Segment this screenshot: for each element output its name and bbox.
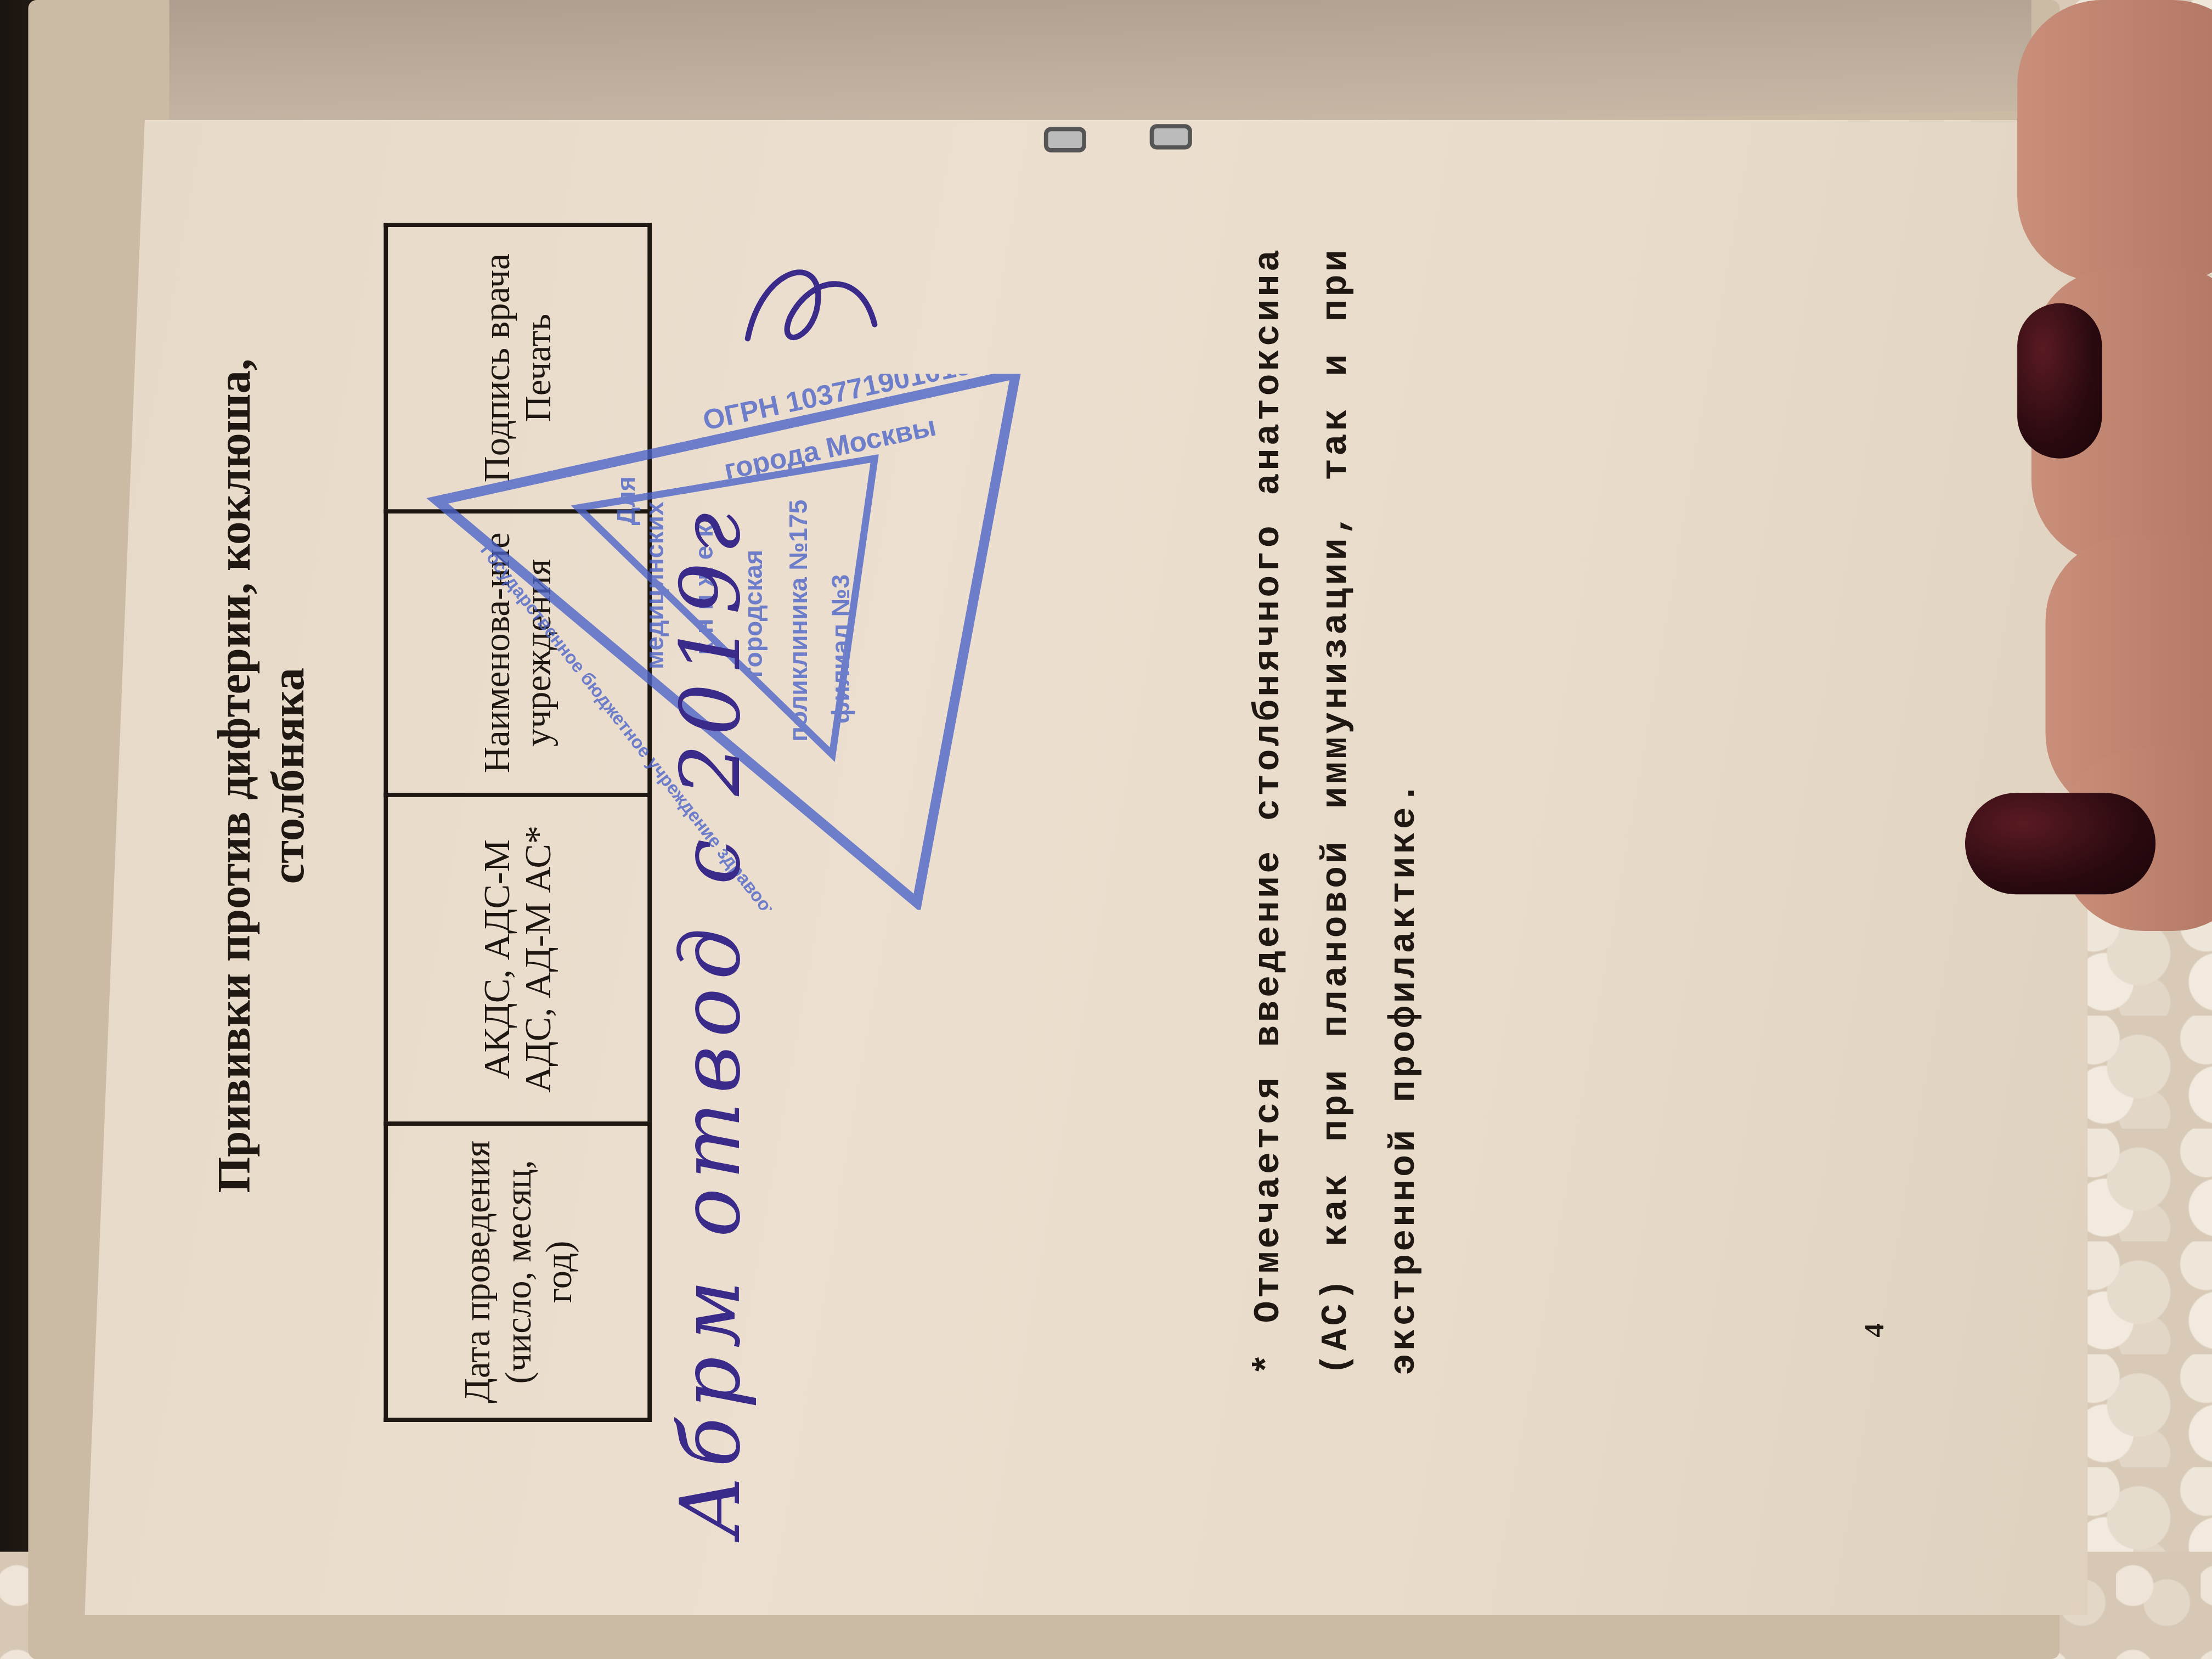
staple-icon [1044, 127, 1086, 152]
stamp-line: поликлиника №175 [784, 500, 812, 742]
header-date: Дата проведения (число, месяц, год) [386, 1124, 650, 1420]
fingernail [1965, 793, 2155, 894]
finger [2017, 0, 2212, 282]
handwritten-entry: Абрм отвод с 2019г [663, 504, 759, 1538]
staple-icon [1150, 124, 1192, 149]
title-line-2: столбняка [262, 198, 316, 1355]
footnote: * Отмечается введение столбнячного анато… [1234, 247, 1437, 1375]
stamp-line: Для [612, 476, 640, 525]
page-title: Прививки против дифтерии, коклюша, столб… [209, 198, 316, 1355]
stamp-line: филиал №3 [826, 574, 855, 724]
fingernail [2017, 303, 2102, 459]
page-number: 4 [1859, 1323, 1892, 1338]
doctor-signature [733, 240, 889, 366]
title-line-1: Прививки против дифтерии, коклюша, [210, 359, 261, 1193]
photo-scene: Прививки против дифтерии, коклюша, столб… [0, 0, 2212, 1659]
stamp-ogrn: ОГРН 1037719010151 [700, 374, 989, 436]
